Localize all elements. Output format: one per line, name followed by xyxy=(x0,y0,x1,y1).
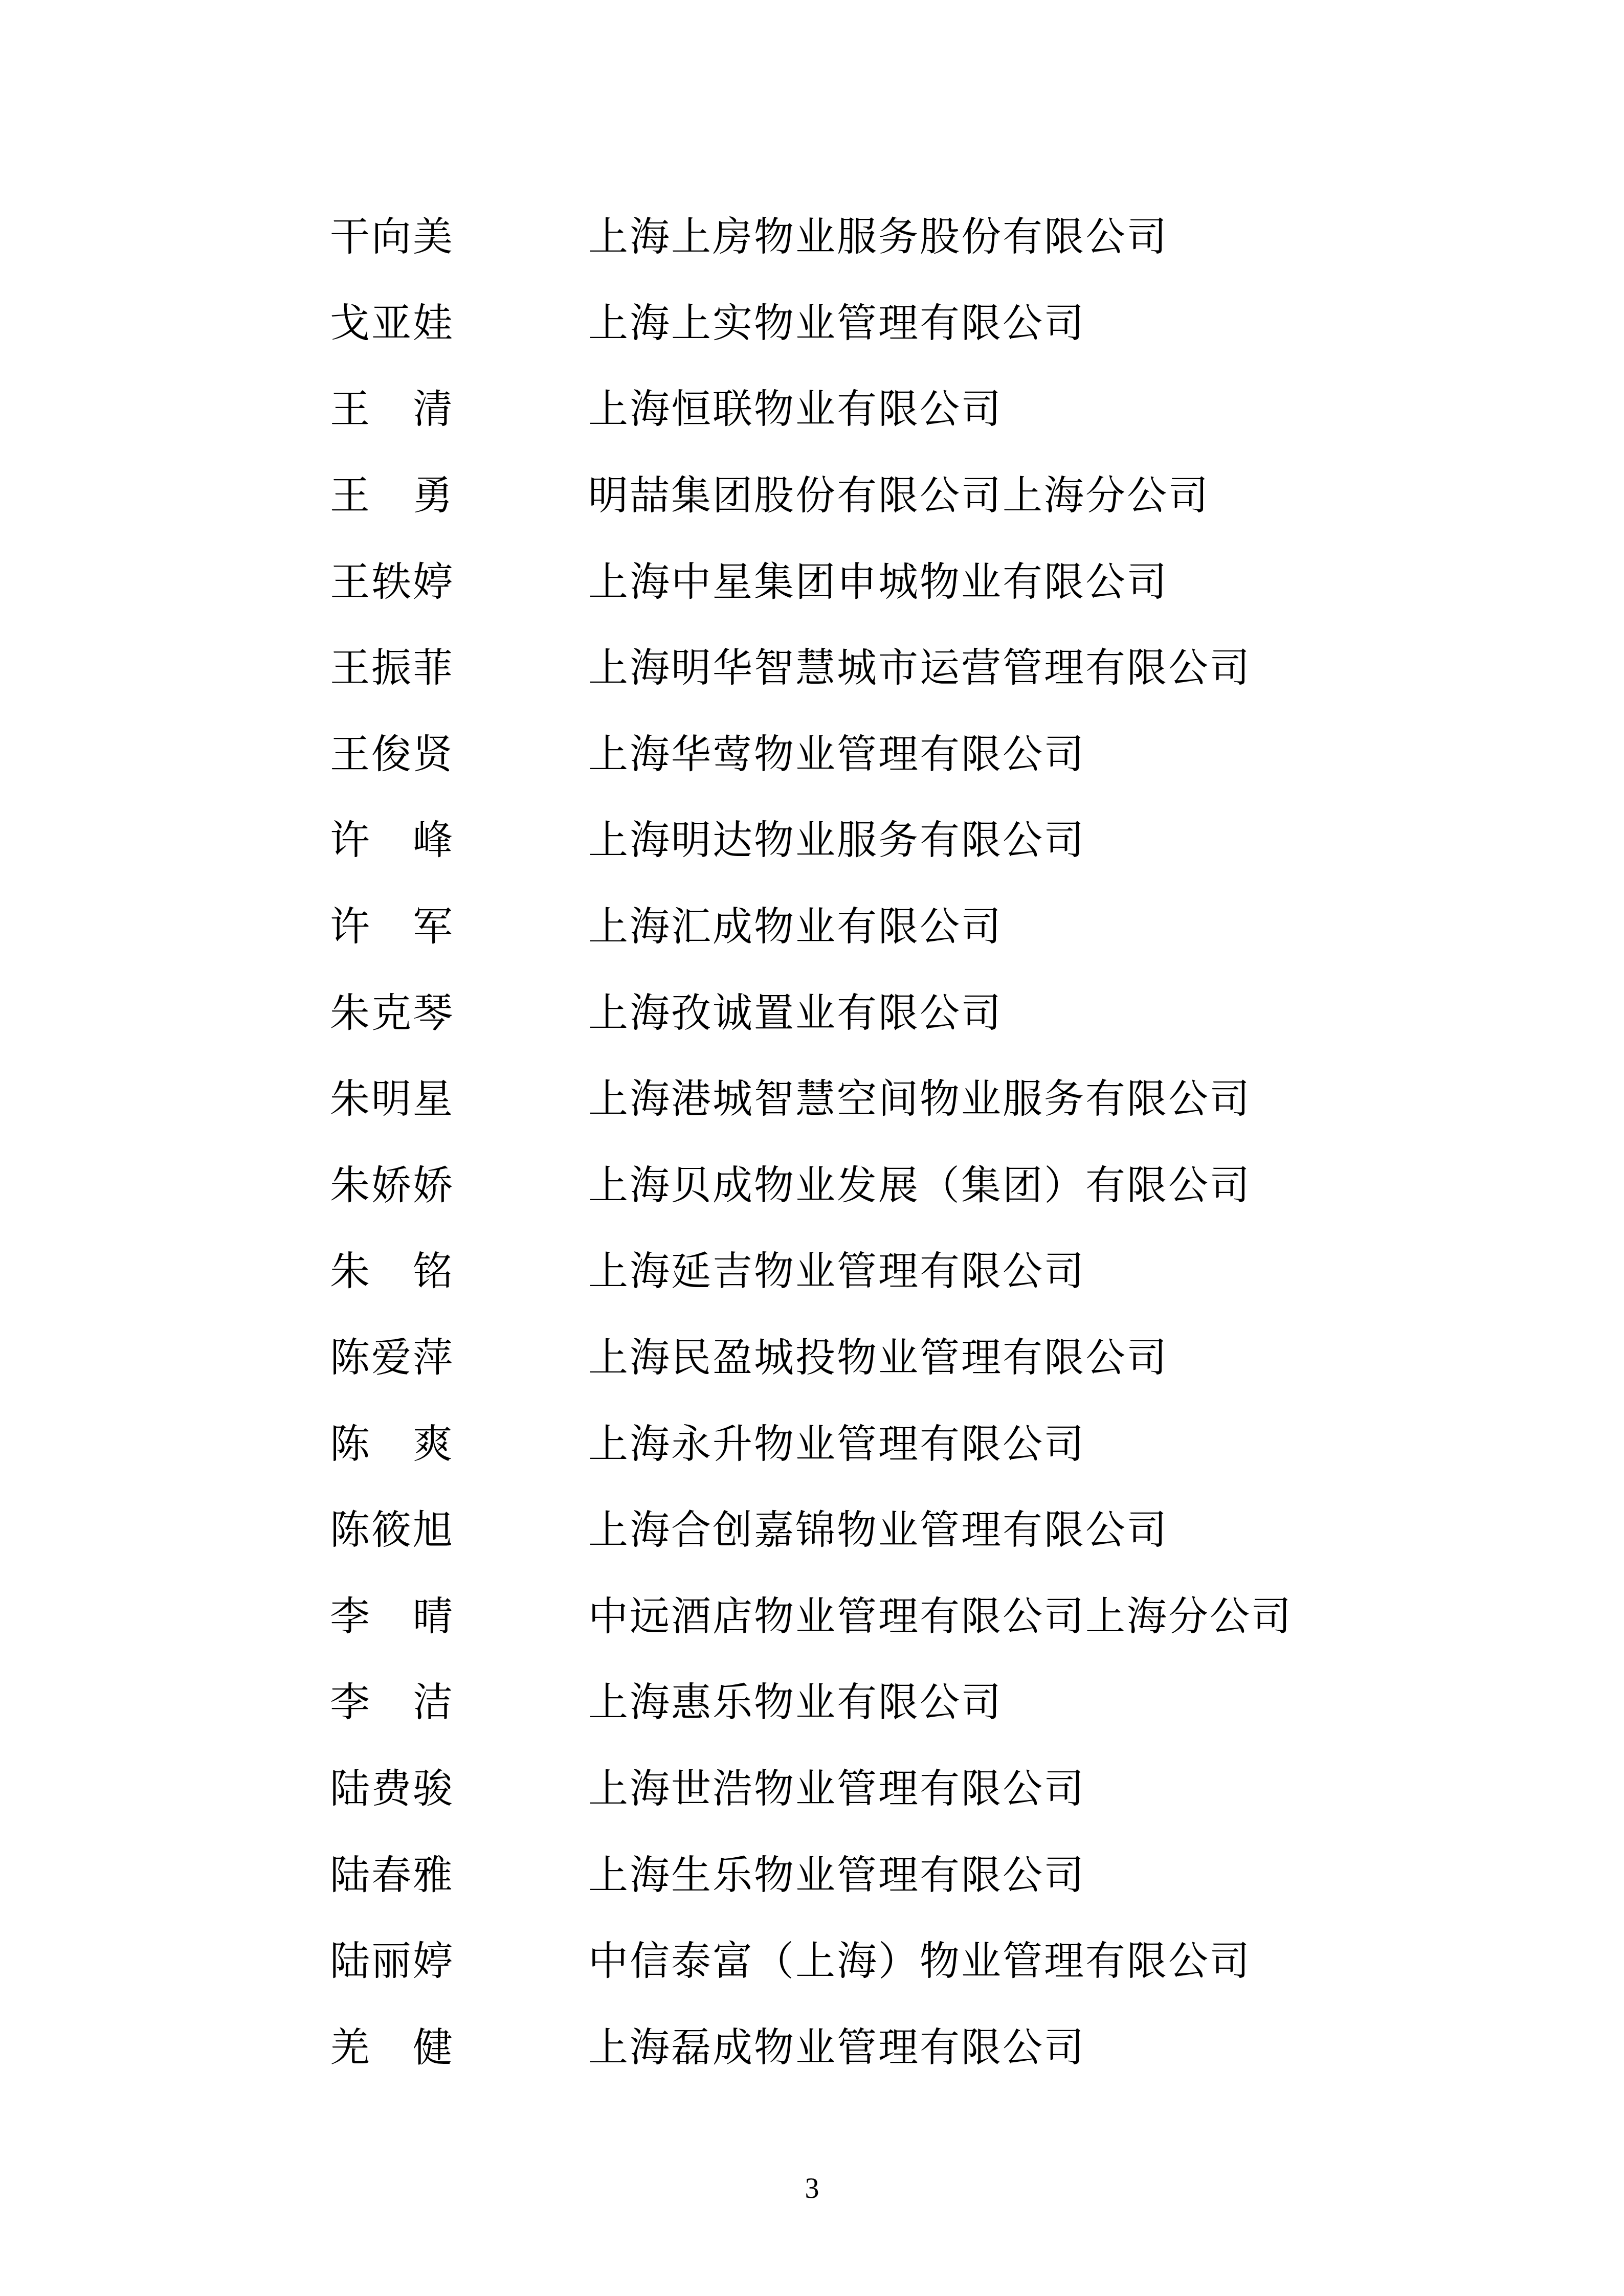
person-name: 朱娇娇 xyxy=(330,1154,588,1211)
company-name: 上海生乐物业管理有限公司 xyxy=(588,1843,1624,1901)
document-page: 干向美上海上房物业服务股份有限公司戈亚娃上海上实物业管理有限公司王 清上海恒联物… xyxy=(0,0,1624,2296)
table-row: 陆春雅上海生乐物业管理有限公司 xyxy=(0,1829,1624,1915)
table-row: 陈爱萍上海民盈城投物业管理有限公司 xyxy=(0,1312,1624,1398)
company-name: 上海永升物业管理有限公司 xyxy=(588,1412,1624,1470)
company-name: 上海明华智慧城市运营管理有限公司 xyxy=(588,636,1624,693)
table-row: 陈筱旭上海合创嘉锦物业管理有限公司 xyxy=(0,1484,1624,1570)
company-name: 中远酒店物业管理有限公司上海分公司 xyxy=(588,1585,1624,1642)
person-name: 王振菲 xyxy=(330,636,588,693)
company-name: 上海汇成物业有限公司 xyxy=(588,895,1624,952)
table-row: 干向美上海上房物业服务股份有限公司 xyxy=(0,191,1624,277)
company-name: 上海合创嘉锦物业管理有限公司 xyxy=(588,1498,1624,1556)
table-row: 羌 健上海磊成物业管理有限公司 xyxy=(0,2001,1624,2087)
person-name: 朱克琴 xyxy=(330,981,588,1039)
table-row: 朱克琴上海孜诚置业有限公司 xyxy=(0,966,1624,1053)
company-name: 上海港城智慧空间物业服务有限公司 xyxy=(588,1067,1624,1124)
person-name: 李 晴 xyxy=(330,1585,588,1642)
company-name: 上海磊成物业管理有限公司 xyxy=(588,2016,1624,2073)
company-name: 上海民盈城投物业管理有限公司 xyxy=(588,1326,1624,1383)
company-name: 上海中星集团申城物业有限公司 xyxy=(588,550,1624,607)
person-name: 陈筱旭 xyxy=(330,1498,588,1556)
company-name: 上海孜诚置业有限公司 xyxy=(588,981,1624,1039)
company-name: 上海华莺物业管理有限公司 xyxy=(588,723,1624,780)
table-row: 李 洁上海惠乐物业有限公司 xyxy=(0,1656,1624,1743)
company-name: 上海上实物业管理有限公司 xyxy=(588,291,1624,349)
person-name: 陆春雅 xyxy=(330,1843,588,1901)
table-row: 王轶婷上海中星集团申城物业有限公司 xyxy=(0,535,1624,622)
company-name: 上海世浩物业管理有限公司 xyxy=(588,1757,1624,1814)
person-name: 朱 铭 xyxy=(330,1240,588,1297)
person-name: 王俊贤 xyxy=(330,723,588,780)
person-name: 王 勇 xyxy=(330,464,588,521)
table-row: 陆丽婷中信泰富（上海）物业管理有限公司 xyxy=(0,1915,1624,2001)
company-name: 中信泰富（上海）物业管理有限公司 xyxy=(588,1929,1624,1987)
company-name: 上海明达物业服务有限公司 xyxy=(588,808,1624,866)
table-row: 王 勇明喆集团股份有限公司上海分公司 xyxy=(0,449,1624,536)
person-name: 许 军 xyxy=(330,895,588,952)
table-row: 戈亚娃上海上实物业管理有限公司 xyxy=(0,277,1624,364)
table-row: 朱娇娇上海贝成物业发展（集团）有限公司 xyxy=(0,1139,1624,1226)
roster-list: 干向美上海上房物业服务股份有限公司戈亚娃上海上实物业管理有限公司王 清上海恒联物… xyxy=(0,191,1624,2087)
table-row: 陆费骏上海世浩物业管理有限公司 xyxy=(0,1743,1624,1829)
person-name: 王轶婷 xyxy=(330,550,588,607)
table-row: 朱明星上海港城智慧空间物业服务有限公司 xyxy=(0,1053,1624,1139)
person-name: 朱明星 xyxy=(330,1067,588,1124)
person-name: 王 清 xyxy=(330,377,588,435)
person-name: 李 洁 xyxy=(330,1671,588,1728)
table-row: 王 清上海恒联物业有限公司 xyxy=(0,363,1624,449)
table-row: 陈 爽上海永升物业管理有限公司 xyxy=(0,1398,1624,1484)
company-name: 上海贝成物业发展（集团）有限公司 xyxy=(588,1154,1624,1211)
table-row: 许 峰上海明达物业服务有限公司 xyxy=(0,794,1624,881)
company-name: 上海惠乐物业有限公司 xyxy=(588,1671,1624,1728)
person-name: 陈爱萍 xyxy=(330,1326,588,1383)
person-name: 戈亚娃 xyxy=(330,291,588,349)
company-name: 上海延吉物业管理有限公司 xyxy=(588,1240,1624,1297)
person-name: 干向美 xyxy=(330,205,588,262)
company-name: 明喆集团股份有限公司上海分公司 xyxy=(588,464,1624,521)
table-row: 王俊贤上海华莺物业管理有限公司 xyxy=(0,708,1624,795)
company-name: 上海上房物业服务股份有限公司 xyxy=(588,205,1624,262)
table-row: 许 军上海汇成物业有限公司 xyxy=(0,881,1624,967)
table-row: 王振菲上海明华智慧城市运营管理有限公司 xyxy=(0,622,1624,708)
table-row: 李 晴中远酒店物业管理有限公司上海分公司 xyxy=(0,1570,1624,1657)
person-name: 羌 健 xyxy=(330,2016,588,2073)
company-name: 上海恒联物业有限公司 xyxy=(588,377,1624,435)
person-name: 许 峰 xyxy=(330,808,588,866)
person-name: 陈 爽 xyxy=(330,1412,588,1470)
page-number: 3 xyxy=(0,2172,1624,2205)
person-name: 陆费骏 xyxy=(330,1757,588,1814)
table-row: 朱 铭上海延吉物业管理有限公司 xyxy=(0,1225,1624,1312)
person-name: 陆丽婷 xyxy=(330,1929,588,1987)
